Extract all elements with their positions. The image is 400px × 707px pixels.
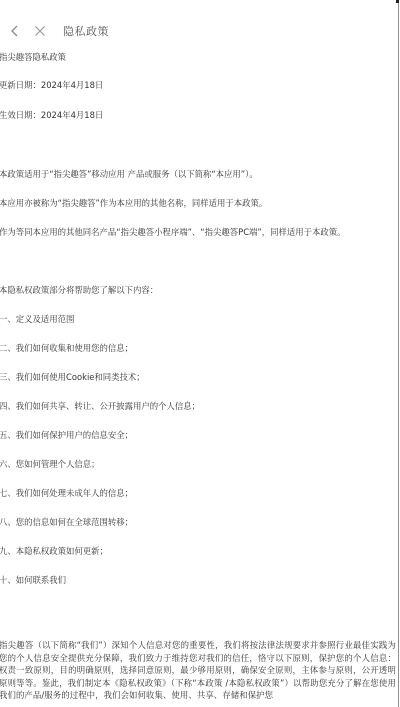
- toc-item: 八、您的信息如何在全球范围转移；: [0, 517, 133, 528]
- window-corner: [396, 0, 399, 3]
- toc-item: 十、如何联系我们: [0, 575, 66, 586]
- updated-date: 更新日期：2024年4月18日: [0, 80, 103, 91]
- close-icon: [33, 24, 47, 38]
- toc-item: 二、我们如何收集和使用您的信息；: [0, 343, 133, 354]
- intro-paragraph: 指尖趣答（以下简称“我们”）深知个人信息对您的重要性，我们将按法律法规要求并参照…: [0, 639, 396, 702]
- toc-item: 七、我们如何处理未成年人的信息；: [0, 488, 133, 499]
- close-button[interactable]: [28, 19, 52, 43]
- effective-date: 生效日期：2024年4月18日: [0, 110, 103, 121]
- page-title: 隐私政策: [63, 23, 109, 39]
- toc-item: 一、定义及适用范围: [0, 314, 74, 325]
- chevron-left-icon: [8, 24, 22, 38]
- toc-item: 五、我们如何保护用户的信息安全；: [0, 430, 133, 441]
- toc-item: 九、本隐私权政策如何更新；: [0, 546, 108, 557]
- nav-header: 隐私政策: [0, 14, 396, 48]
- back-button[interactable]: [3, 19, 27, 43]
- toc-item: 六、您如何管理个人信息；: [0, 459, 100, 470]
- toc-item: 三、我们如何使用Cookie和同类技术；: [0, 372, 145, 383]
- scope-line: 作为等同本应用的其他同名产品“指尖趣答小程序端”、“指尖趣答PC端”，同样适用于…: [0, 227, 346, 238]
- document-heading: 指尖趣答隐私政策: [0, 52, 66, 63]
- scope-line: 本政策适用于“指尖趣答”移动应用 产品或服务（以下简称“本应用”）。: [0, 169, 258, 180]
- scope-line: 本应用亦被称为“指尖趣答”作为本应用的其他名称，同样适用于本政策。: [0, 198, 267, 209]
- scrollbar-track[interactable]: [398, 0, 399, 707]
- toc-intro: 本隐私权政策部分将帮助您了解以下内容：: [0, 285, 158, 296]
- toc-item: 四、我们如何共享、转让、公开披露用户的个人信息；: [0, 401, 200, 412]
